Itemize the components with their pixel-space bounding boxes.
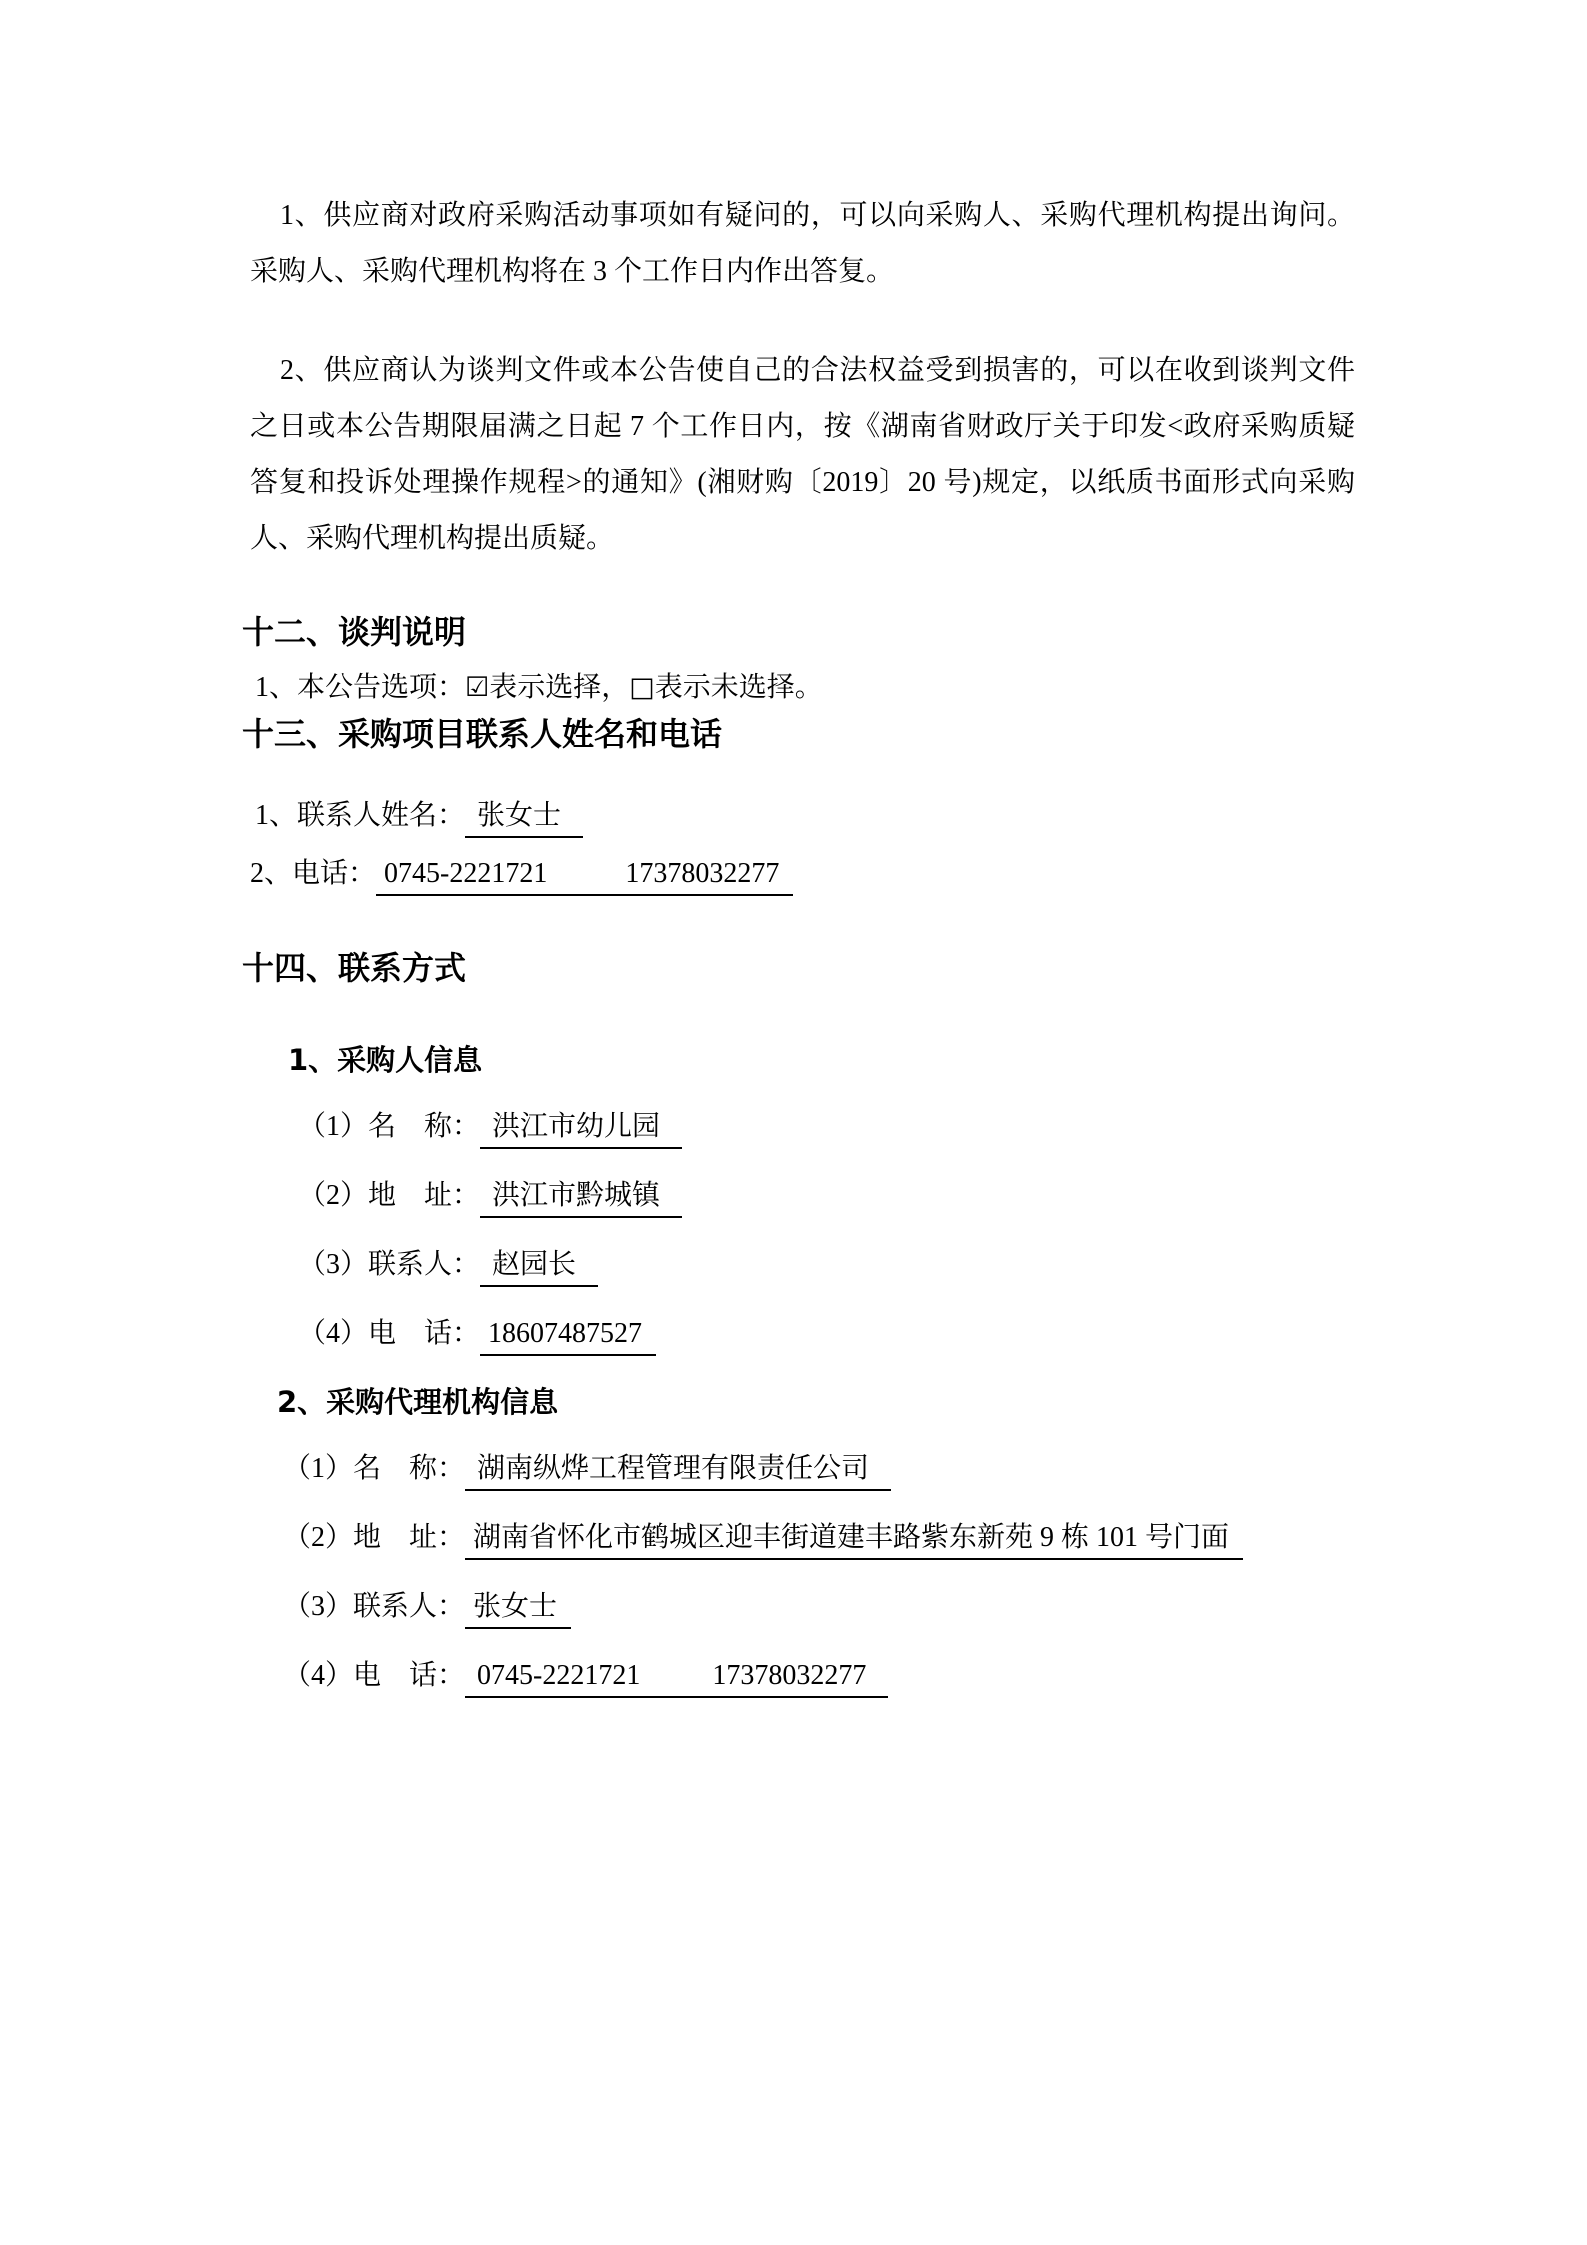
contact-phone-line: 2、电话：0745-222172117378032277 <box>250 854 1355 896</box>
section14-title: 十四、联系方式 <box>242 948 1355 988</box>
contact-phone-2: 17378032277 <box>625 858 779 889</box>
purchaser-name-row: （1）名 称：洪江市幼儿园 <box>298 1107 1355 1149</box>
agency-contact-label: （3）联系人： <box>283 1591 465 1622</box>
option-note-line: 1、本公告选项：☑表示选择，□表示未选择。 <box>255 668 1355 708</box>
agency-address-row: （2）地 址：湖南省怀化市鹤城区迎丰街道建丰路紫东新苑 9 栋 101 号门面 <box>283 1518 1355 1560</box>
agency-phone-1: 0745-2221721 <box>477 1660 640 1691</box>
purchaser-name-value: 洪江市幼儿园 <box>480 1110 682 1149</box>
contact-phone-value: 0745-222172117378032277 <box>376 857 793 896</box>
agency-phone-value: 0745-222172117378032277 <box>465 1659 888 1698</box>
purchaser-address-value: 洪江市黔城镇 <box>480 1179 682 1218</box>
unchecked-meaning-text: 表示未选择。 <box>655 672 823 703</box>
contact-phone-label: 2、电话： <box>250 858 376 889</box>
contact-name-value: 张女士 <box>465 799 583 838</box>
checked-meaning-text: 表示选择， <box>489 672 629 703</box>
agency-address-label: （2）地 址： <box>283 1522 465 1553</box>
option-note-prefix: 1、本公告选项： <box>255 672 465 703</box>
purchaser-name-label: （1）名 称： <box>298 1111 480 1142</box>
agency-name-value: 湖南纵烨工程管理有限责任公司 <box>465 1452 891 1491</box>
agency-name-label: （1）名 称： <box>283 1453 465 1484</box>
contact-phone-1: 0745-2221721 <box>384 858 547 889</box>
purchaser-heading: 1、采购人信息 <box>288 1040 1355 1080</box>
section12-title: 十二、谈判说明 <box>242 612 1355 652</box>
purchaser-rows: （1）名 称：洪江市幼儿园 （2）地 址：洪江市黔城镇 （3）联系人：赵园长 （… <box>250 1107 1355 1356</box>
purchaser-address-row: （2）地 址：洪江市黔城镇 <box>298 1176 1355 1218</box>
checked-checkbox-icon: ☑ <box>465 672 489 703</box>
contact-name-label: 1、联系人姓名： <box>255 800 465 831</box>
agency-address-value: 湖南省怀化市鹤城区迎丰街道建丰路紫东新苑 9 栋 101 号门面 <box>465 1521 1243 1560</box>
purchaser-contact-row: （3）联系人：赵园长 <box>298 1245 1355 1287</box>
purchaser-phone-label: （4）电 话： <box>298 1318 480 1349</box>
agency-contact-row: （3）联系人：张女士 <box>283 1587 1355 1629</box>
agency-contact-value: 张女士 <box>465 1590 571 1629</box>
purchaser-contact-label: （3）联系人： <box>298 1249 480 1280</box>
unchecked-checkbox-icon: □ <box>629 672 655 703</box>
agency-name-row: （1）名 称：湖南纵烨工程管理有限责任公司 <box>283 1449 1355 1491</box>
agency-phone-2: 17378032277 <box>712 1660 866 1691</box>
purchaser-phone-row: （4）电 话：18607487527 <box>298 1314 1355 1356</box>
agency-heading: 2、采购代理机构信息 <box>277 1382 1355 1422</box>
contact-name-line: 1、联系人姓名：张女士 <box>255 796 1355 838</box>
agency-phone-label: （4）电 话： <box>283 1660 465 1691</box>
paragraph-dispute: 2、供应商认为谈判文件或本公告使自己的合法权益受到损害的，可以在收到谈判文件之日… <box>250 343 1355 567</box>
purchaser-phone-value: 18607487527 <box>480 1317 656 1356</box>
purchaser-contact-value: 赵园长 <box>480 1248 598 1287</box>
purchaser-address-label: （2）地 址： <box>298 1180 480 1211</box>
agency-phone-row: （4）电 话：0745-222172117378032277 <box>283 1656 1355 1698</box>
document-page: 1、供应商对政府采购活动事项如有疑问的，可以向采购人、采购代理机构提出询问。采购… <box>0 0 1587 2245</box>
paragraph-inquiry: 1、供应商对政府采购活动事项如有疑问的，可以向采购人、采购代理机构提出询问。采购… <box>250 188 1355 300</box>
agency-rows: （1）名 称：湖南纵烨工程管理有限责任公司 （2）地 址：湖南省怀化市鹤城区迎丰… <box>250 1449 1355 1698</box>
section13-title: 十三、采购项目联系人姓名和电话 <box>242 714 1355 754</box>
